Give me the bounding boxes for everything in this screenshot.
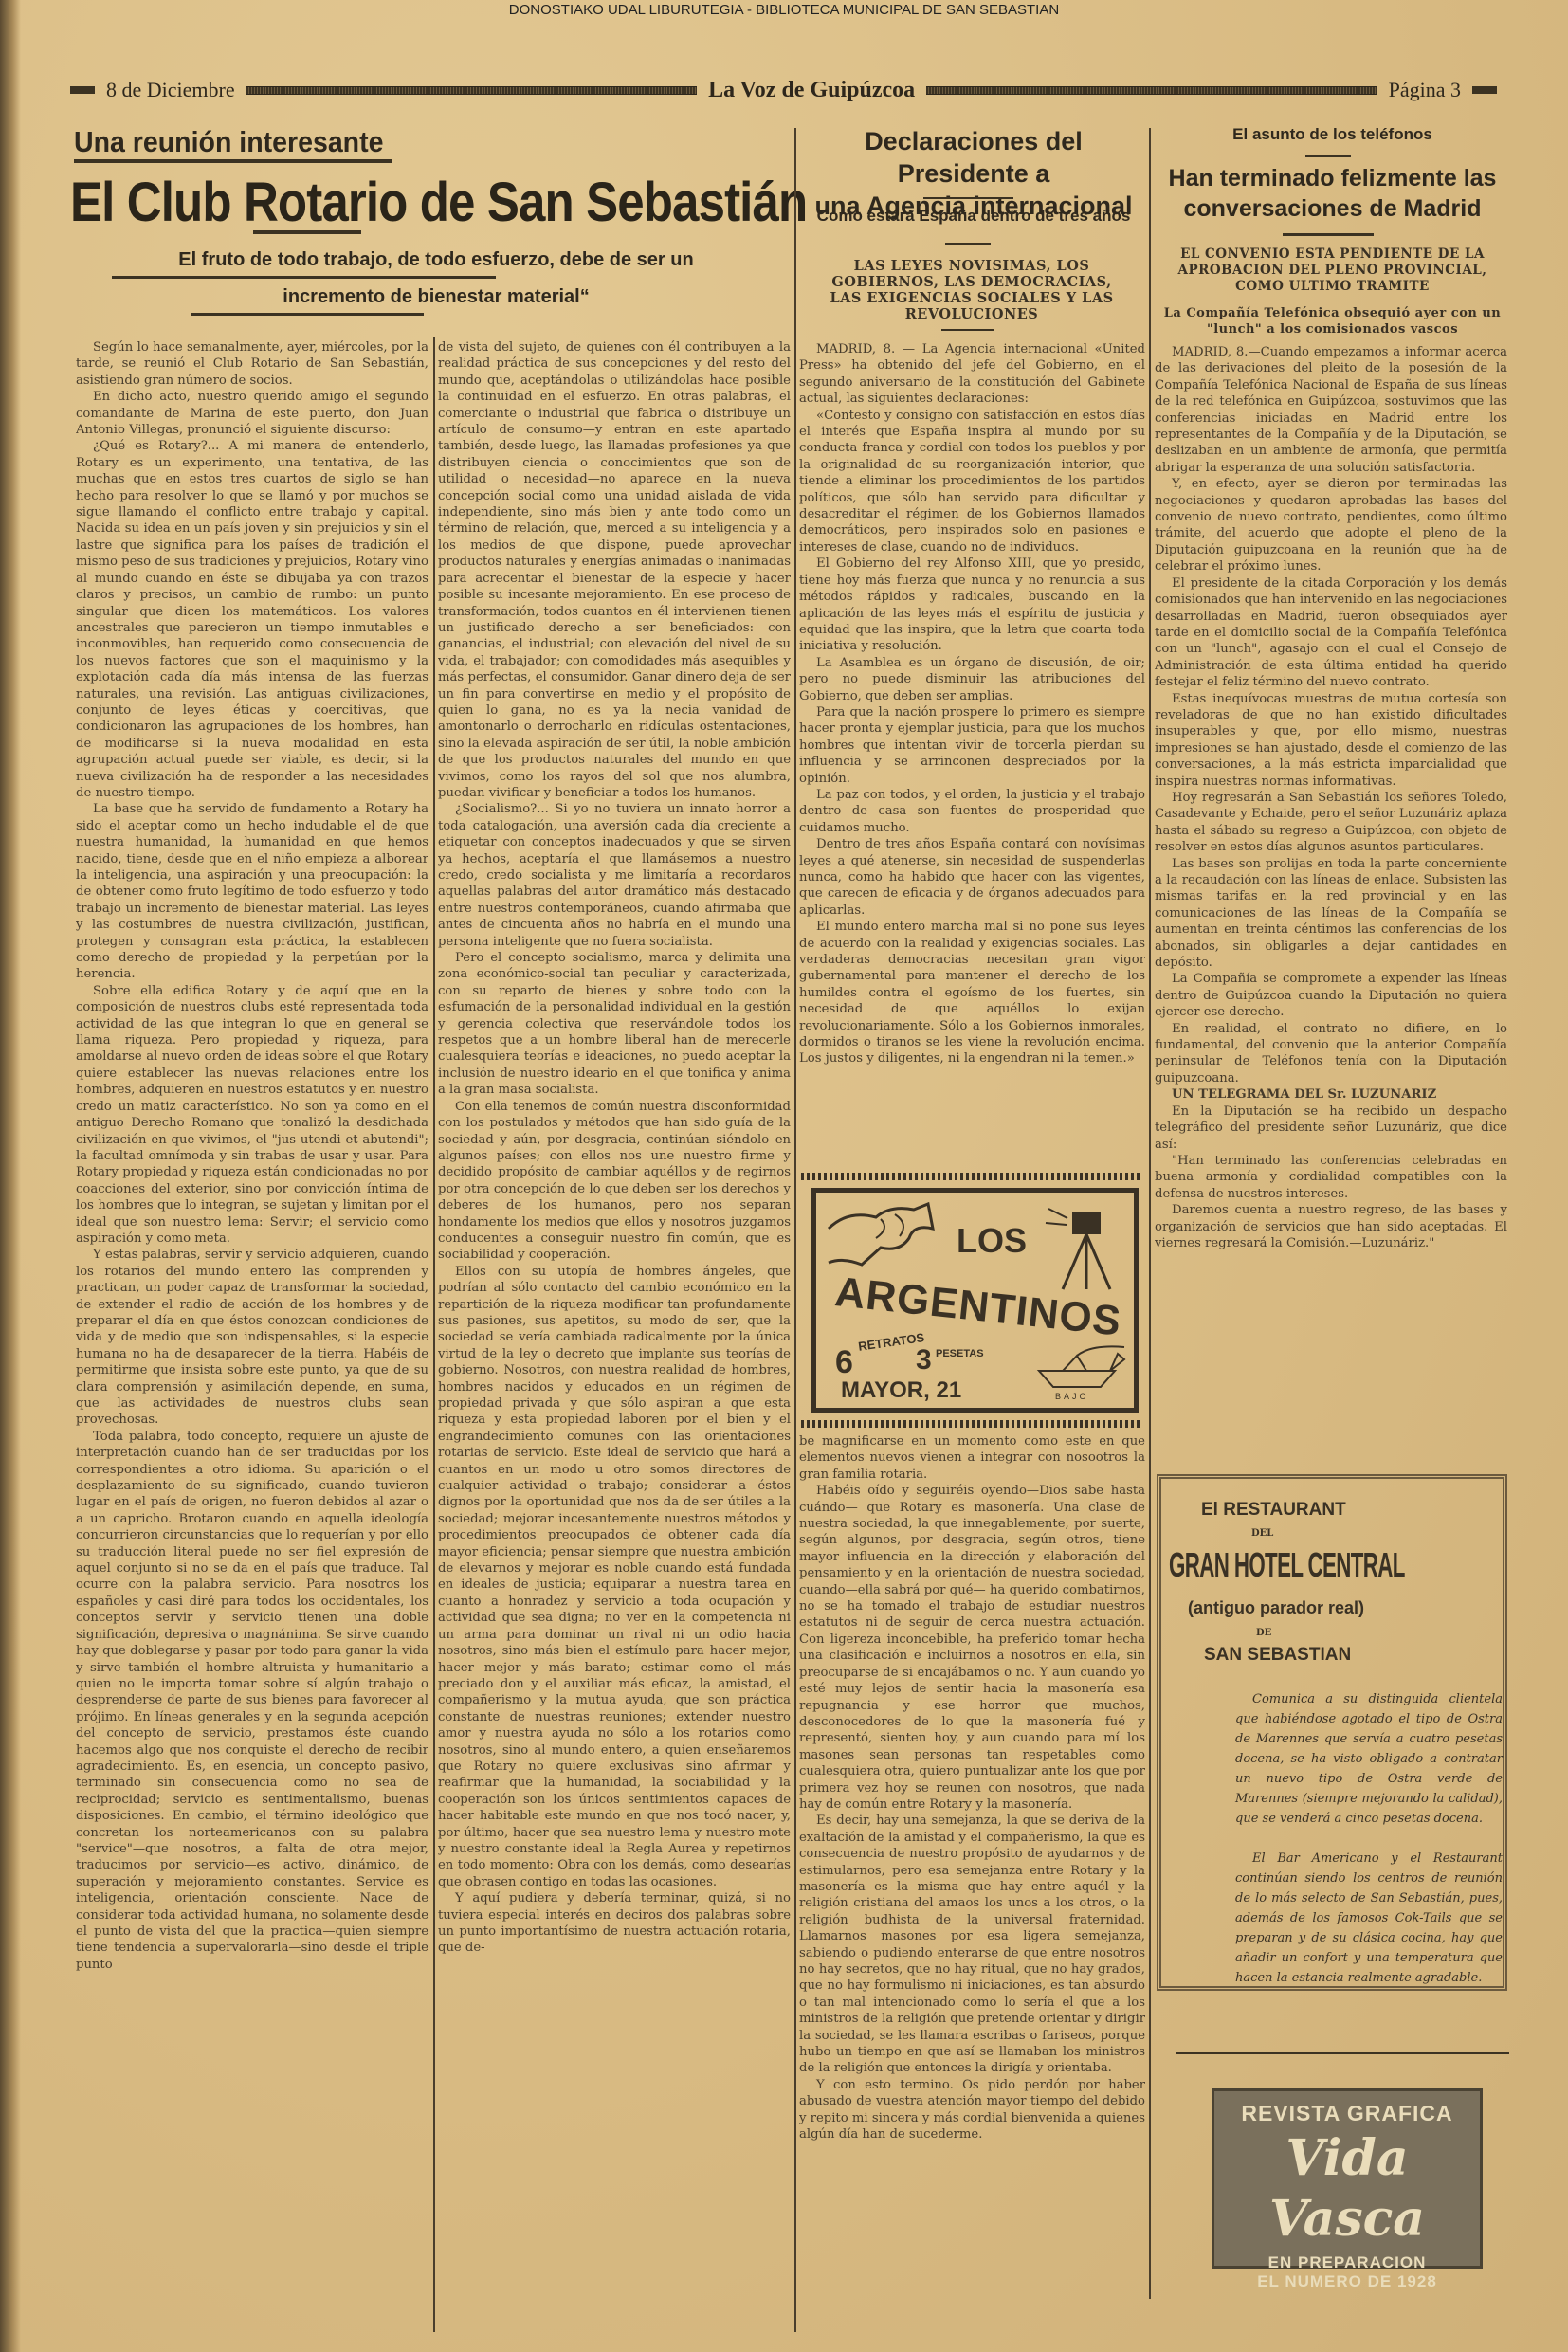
deck-rule — [941, 329, 994, 331]
paragraph: Con ella tenemos de común nuestra discon… — [438, 1099, 791, 1264]
rotary-kicker: Una reunión interesante — [74, 125, 383, 159]
ad-gran-hotel-central: El RESTAURANT DEL GRAN HOTEL CENTRAL (an… — [1157, 1474, 1507, 1991]
telegram-heading: UN TELEGRAMA DEL Sr. LUZUNARIZ — [1155, 1086, 1507, 1103]
ad-line: REVISTA GRAFICA — [1214, 2101, 1480, 2126]
paragraph: La base que ha servido de fundamento a R… — [76, 801, 428, 982]
paragraph: Dentro de tres años España contará con n… — [799, 836, 1145, 919]
rotary-subhead-2: incremento de bienestar material“ — [104, 286, 768, 308]
paragraph: Y estas palabras, servir y servicio adqu… — [76, 1247, 428, 1428]
paragraph: Habéis oído y seguiréis oyendo—Dios sabe… — [799, 1483, 1145, 1813]
paragraph: El mundo entero marcha mal si no pone su… — [799, 919, 1145, 1067]
paragraph: Daremos cuenta a nuestro regreso, de las… — [1155, 1202, 1507, 1251]
kicker-underline — [74, 159, 392, 163]
paragraph: En realidad, el contrato no difiere, en … — [1155, 1021, 1507, 1087]
pegasus-icon — [824, 1200, 957, 1268]
paragraph: La Compañía se compromete a expender las… — [1155, 971, 1507, 1020]
ad-line: DE — [1256, 1628, 1271, 1638]
paragraph: Para que la nación prospere lo primero e… — [799, 704, 1145, 787]
ad-line-los: LOS — [957, 1221, 1027, 1261]
paragraph: be magnificarse en un momento como este … — [799, 1433, 1145, 1483]
rotary-column-1: Según lo hace semanalmente, ayer, miérco… — [76, 339, 428, 2330]
paragraph: "Han terminado las conferencias celebrad… — [1155, 1153, 1507, 1202]
ad-paragraph: El Bar Americano y el Restaurant continú… — [1235, 1849, 1503, 1988]
kicker-rule — [1305, 155, 1351, 157]
paragraph: La Asamblea es un órgano de discusión, d… — [799, 655, 1145, 704]
masthead-rule — [246, 86, 697, 95]
ad-hotel-name: GRAN HOTEL CENTRAL — [1169, 1545, 1405, 1585]
headline-line: Han terminado felizmente las — [1155, 163, 1510, 193]
rotary-headline: El Club Rotario de San Sebastián — [70, 171, 807, 234]
ad-los-argentinos: LOS ARGENTINOS 6 RETRATOS 3 PESETAS MAYO… — [811, 1188, 1139, 1413]
paragraph: La paz con todos, y el orden, la justici… — [799, 787, 1145, 836]
ad-price-label: PESETAS — [936, 1348, 984, 1359]
column-divider — [794, 128, 796, 2332]
boat-icon — [1034, 1344, 1129, 1392]
telefonos-body: MADRID, 8.—Cuando empezamos a informar a… — [1155, 344, 1507, 1463]
rotary-subhead-1: El fruto de todo trabajo, de todo esfuer… — [104, 249, 768, 271]
newspaper-name: La Voz de Guipúzcoa — [708, 78, 915, 103]
paragraph: «Contesto y consigno con satisfacción en… — [799, 408, 1145, 556]
paragraph: ¿Qué es Rotary?... A mi manera de entend… — [76, 438, 428, 801]
issue-date: 8 de Diciembre — [106, 78, 235, 102]
library-banner: DONOSTIAKO UDAL LIBURUTEGIA - BIBLIOTECA… — [0, 2, 1568, 18]
headline-rule — [923, 197, 1013, 199]
paragraph: MADRID, 8. — La Agencia internacional «U… — [799, 341, 1145, 408]
presidente-subhead: Cómo estará España dentro de tres años — [798, 207, 1149, 226]
column-divider — [1149, 128, 1151, 2299]
paragraph: de vista del sujeto, de quienes con él c… — [438, 339, 791, 801]
section-rule — [1176, 2052, 1509, 2054]
paragraph: Pero el concepto socialismo, marca y del… — [438, 950, 791, 1099]
ad-quantity: 6 — [835, 1344, 853, 1381]
paragraph: ¿Socialismo?... Si yo no tuviera un inna… — [438, 801, 791, 950]
presidente-deck: LAS LEYES NOVISIMAS, LOS GOBIERNOS, LAS … — [825, 258, 1119, 322]
paragraph: Es decir, hay una semejanza, la que se d… — [799, 1813, 1145, 2077]
paragraph: Toda palabra, todo concepto, requiere un… — [76, 1429, 428, 1973]
ad-address: MAYOR, 21 — [841, 1377, 961, 1404]
paragraph: Las bases son prolijas en toda la parte … — [1155, 856, 1507, 972]
telefonos-headline: Han terminado felizmente las conversacio… — [1155, 163, 1510, 224]
page-binding-edge — [0, 0, 21, 2352]
ad-vida-vasca: REVISTA GRAFICA Vida Vasca EN PREPARACIO… — [1212, 2088, 1483, 2269]
paragraph: Sobre ella edifica Rotary y de aquí que … — [76, 983, 428, 1248]
ad-magazine-title: Vida Vasca — [1214, 2128, 1480, 2250]
masthead: 8 de Diciembre La Voz de Guipúzcoa Págin… — [70, 78, 1497, 102]
headline-line: Declaraciones del Presidente a — [798, 125, 1149, 190]
ad-line: El RESTAURANT — [1201, 1500, 1346, 1521]
paragraph: En dicho acto, nuestro querido amigo el … — [76, 389, 428, 438]
subhead-rule — [112, 276, 496, 279]
ad-line: DEL — [1251, 1528, 1273, 1539]
headline-rule — [253, 230, 361, 234]
ad-paragraph: Comunica a su distinguida clientela que … — [1235, 1689, 1503, 1829]
paragraph: El presidente de la citada Corporación y… — [1155, 575, 1507, 691]
headline-line: conversaciones de Madrid — [1155, 193, 1510, 224]
paragraph: Y, en efecto, ayer se dieron por termina… — [1155, 476, 1507, 574]
page-number: Página 3 — [1389, 78, 1461, 102]
paragraph: Y aquí pudiera y debería terminar, quizá… — [438, 1890, 791, 1957]
camera-tripod-icon — [1044, 1204, 1120, 1291]
telefonos-kicker: El asunto de los teléfonos — [1155, 125, 1510, 144]
telefonos-subdeck: La Compañía Telefónica obsequió ayer con… — [1155, 305, 1510, 337]
wavy-divider — [801, 1420, 1142, 1428]
masthead-ornament — [70, 86, 95, 94]
ad-line: EL NUMERO DE 1928 — [1214, 2272, 1480, 2291]
ad-line: (antiguo parador real) — [1188, 1598, 1364, 1618]
paragraph: El Gobierno del rey Alfonso XIII, que yo… — [799, 556, 1145, 654]
ad-line: EN PREPARACION — [1214, 2253, 1480, 2272]
column-divider — [433, 337, 435, 2332]
wavy-divider — [801, 1173, 1142, 1180]
paragraph: MADRID, 8.—Cuando empezamos a informar a… — [1155, 344, 1507, 476]
ad-price: 3 — [916, 1344, 932, 1377]
paragraph: Hoy regresarán a San Sebastián los señor… — [1155, 790, 1507, 856]
paragraph: Y con esto termino. Os pido perdón por h… — [799, 2077, 1145, 2143]
rotary-column-3: be magnificarse en un momento como este … — [799, 1433, 1145, 2334]
paragraph: En la Diputación se ha recibido un despa… — [1155, 1103, 1507, 1153]
presidente-body: MADRID, 8. — La Agencia internacional «U… — [799, 341, 1145, 1128]
paragraph: Ellos con su utopía de hombres ángeles, … — [438, 1264, 791, 1890]
masthead-ornament — [1472, 86, 1497, 94]
ad-note: BAJO — [1055, 1392, 1089, 1401]
paragraph: Estas inequívocas muestras de mutua cort… — [1155, 691, 1507, 790]
masthead-rule — [926, 86, 1377, 95]
headline-rule — [1283, 233, 1374, 236]
subhead-rule — [945, 243, 991, 245]
paragraph: Según lo hace semanalmente, ayer, miérco… — [76, 339, 428, 389]
subhead-rule — [191, 313, 424, 316]
rotary-column-2: de vista del sujeto, de quienes con él c… — [438, 339, 791, 2330]
ad-line: SAN SEBASTIAN — [1204, 1645, 1351, 1666]
telefonos-deck: EL CONVENIO ESTA PENDIENTE DE LA APROBAC… — [1155, 246, 1510, 295]
